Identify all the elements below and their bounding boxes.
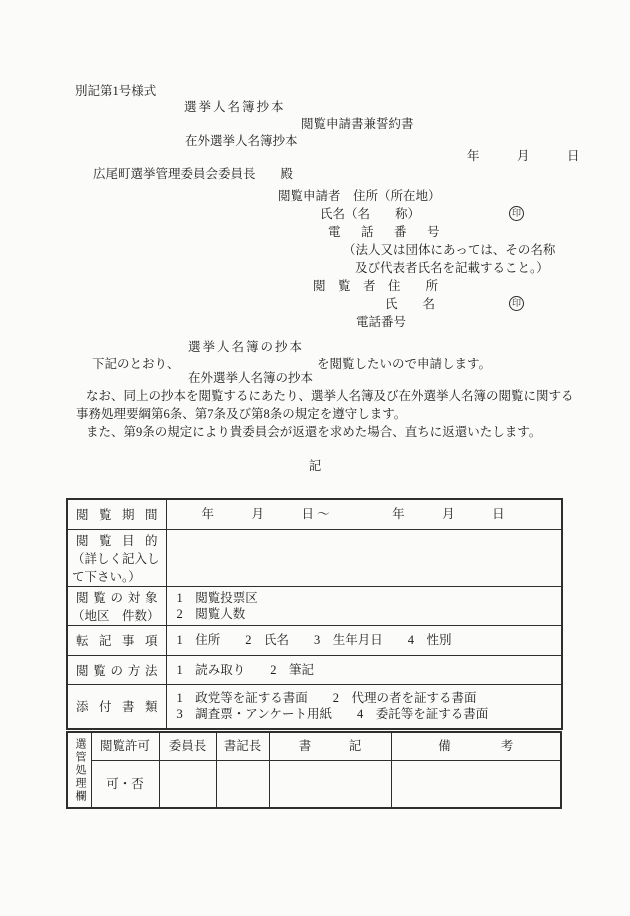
title-overseas-voter-roll-extract: 在外選挙人名簿抄本: [185, 134, 298, 149]
committee-processing-table: 選管処理欄 閲覧許可 委員長 書記長 書 記 備 考 可・否: [66, 731, 562, 809]
period-dates: 年 月 日 ～ 年 月 日: [177, 506, 552, 522]
method-label-cell: 閲覧の方法: [67, 655, 166, 684]
chairman-header: 委員長: [169, 739, 207, 753]
viewer-phone-label: 電話番号: [356, 315, 406, 330]
clerk-header-cell: 書 記: [269, 732, 391, 760]
attachments-label-cell: 添付書類: [67, 684, 166, 729]
record-heading: 記: [0, 459, 630, 474]
transcription-label-cell: 転記事項: [67, 625, 166, 655]
transcription-value-cell: 1 住所 2 氏名 3 生年月日 4 性別: [166, 625, 562, 655]
transcription-label: 転記事項: [76, 631, 158, 649]
table-row-period: 閲覧期間 年 月 日 ～ 年 月 日: [67, 499, 562, 529]
title-application-oath: 閲覧申請書兼誓約書: [301, 117, 414, 132]
seal-glyph: 印: [512, 299, 521, 308]
permit-choice: 可・否: [106, 777, 144, 791]
form-style-number: 別記第1号様式: [75, 84, 156, 99]
table-row-transcription: 転記事項 1 住所 2 氏名 3 生年月日 4 性別: [67, 625, 562, 655]
applicant-name-label: 氏名（名 称）: [320, 207, 420, 222]
viewing-details-table: 閲覧期間 年 月 日 ～ 年 月 日 閲覧目的 （詳しく記入し て下さい。） 閲…: [66, 498, 563, 730]
permit-header-cell: 閲覧許可: [91, 732, 159, 760]
target-option-2: 2 閲覧人数: [177, 606, 552, 622]
purpose-label-note2: て下さい。）: [72, 567, 158, 585]
corporate-note-line1: （法人又は団体にあっては、その名称: [343, 243, 555, 258]
viewer-name-label: 氏 名: [385, 297, 435, 312]
purpose-label-note1: （詳しく記入し: [72, 549, 158, 567]
remarks-cell: [391, 760, 561, 808]
attachments-options-line1: 1 政党等を証する書面 2 代理の者を証する書面: [177, 690, 552, 706]
chairman-header-cell: 委員長: [159, 732, 216, 760]
applicant-phone-label: 電 話 番 号: [328, 225, 444, 240]
target-label: 閲覧の対象: [76, 588, 158, 606]
period-value-cell: 年 月 日 ～ 年 月 日: [166, 499, 562, 529]
purpose-value-cell: [166, 529, 562, 586]
chief-clerk-stamp-cell: [216, 760, 269, 808]
viewer-seal-icon: 印: [509, 296, 524, 311]
attachments-label: 添付書類: [76, 697, 158, 715]
processing-header-row: 選管処理欄 閲覧許可 委員長 書記長 書 記 備 考: [67, 732, 561, 760]
processing-side-label: 選管処理欄: [69, 738, 91, 803]
intro-right-text: を閲覧したいので申請します。: [317, 357, 491, 372]
attachments-options-line2: 3 調査票・アンケート用紙 4 委託等を証する書面: [177, 706, 552, 722]
remarks-header-cell: 備 考: [391, 732, 561, 760]
option-overseas-voter-roll: 在外選挙人名簿の抄本: [188, 371, 313, 386]
chairman-stamp-cell: [159, 760, 216, 808]
method-value-cell: 1 読み取り 2 筆記: [166, 655, 562, 684]
corporate-note-line2: 及び代表者氏名を記載すること。）: [355, 261, 549, 276]
processing-side-label-cell: 選管処理欄: [67, 732, 91, 808]
pledge-paragraph-line2: 事務処理要綱第6条、第7条及び第8条の規定を遵守します。: [76, 407, 406, 422]
chief-clerk-header-cell: 書記長: [216, 732, 269, 760]
title-voter-roll-extract: 選挙人名簿抄本: [184, 100, 286, 115]
remarks-header: 備 考: [438, 739, 513, 753]
processing-body-row: 可・否: [67, 760, 561, 808]
pledge-paragraph-line1: なお、同上の抄本を閲覧するにあたり、選挙人名簿及び在外選挙人名簿の閲覧に関する: [86, 389, 574, 404]
election-roll-viewing-application-form: 別記第1号様式 選挙人名簿抄本 閲覧申請書兼誓約書 在外選挙人名簿抄本 年 月 …: [0, 0, 630, 916]
target-label-note: （地区 件数）: [72, 606, 158, 624]
date-line: 年 月 日: [467, 149, 580, 164]
attachments-value-cell: 1 政党等を証する書面 2 代理の者を証する書面 3 調査票・アンケート用紙 4…: [166, 684, 562, 729]
period-label-cell: 閲覧期間: [67, 499, 166, 529]
chief-clerk-header: 書記長: [224, 739, 262, 753]
transcription-options: 1 住所 2 氏名 3 生年月日 4 性別: [177, 632, 552, 648]
table-row-method: 閲覧の方法 1 読み取り 2 筆記: [67, 655, 562, 684]
purpose-label-cell: 閲覧目的 （詳しく記入し て下さい。）: [67, 529, 166, 586]
target-option-1: 1 閲覧投票区: [177, 590, 552, 606]
table-row-attachments: 添付書類 1 政党等を証する書面 2 代理の者を証する書面 3 調査票・アンケー…: [67, 684, 562, 729]
intro-left-text: 下記のとおり、: [92, 357, 180, 372]
return-paragraph: また、第9条の規定により貴委員会が返還を求めた場合、直ちに返還いたします。: [86, 425, 541, 440]
clerk-stamp-cell: [269, 760, 391, 808]
purpose-label: 閲覧目的: [76, 531, 158, 549]
clerk-header: 書 記: [299, 739, 362, 753]
table-row-target: 閲覧の対象 （地区 件数） 1 閲覧投票区 2 閲覧人数: [67, 586, 562, 625]
applicant-address-label: 閲覧申請者 住所（所在地）: [278, 189, 441, 204]
period-label: 閲覧期間: [76, 505, 158, 523]
permit-choice-cell: 可・否: [91, 760, 159, 808]
method-label: 閲覧の方法: [76, 661, 158, 679]
seal-glyph: 印: [512, 209, 521, 218]
permit-header: 閲覧許可: [100, 739, 150, 753]
target-label-cell: 閲覧の対象 （地区 件数）: [67, 586, 166, 625]
option-voter-roll: 選挙人名簿の抄本: [188, 340, 304, 355]
addressee-line: 広尾町選挙管理委員会委員長 殿: [93, 167, 293, 182]
viewer-address-label: 閲 覧 者 住 所: [313, 279, 438, 294]
applicant-seal-icon: 印: [509, 206, 524, 221]
target-value-cell: 1 閲覧投票区 2 閲覧人数: [166, 586, 562, 625]
method-options: 1 読み取り 2 筆記: [177, 662, 552, 678]
table-row-purpose: 閲覧目的 （詳しく記入し て下さい。）: [67, 529, 562, 586]
